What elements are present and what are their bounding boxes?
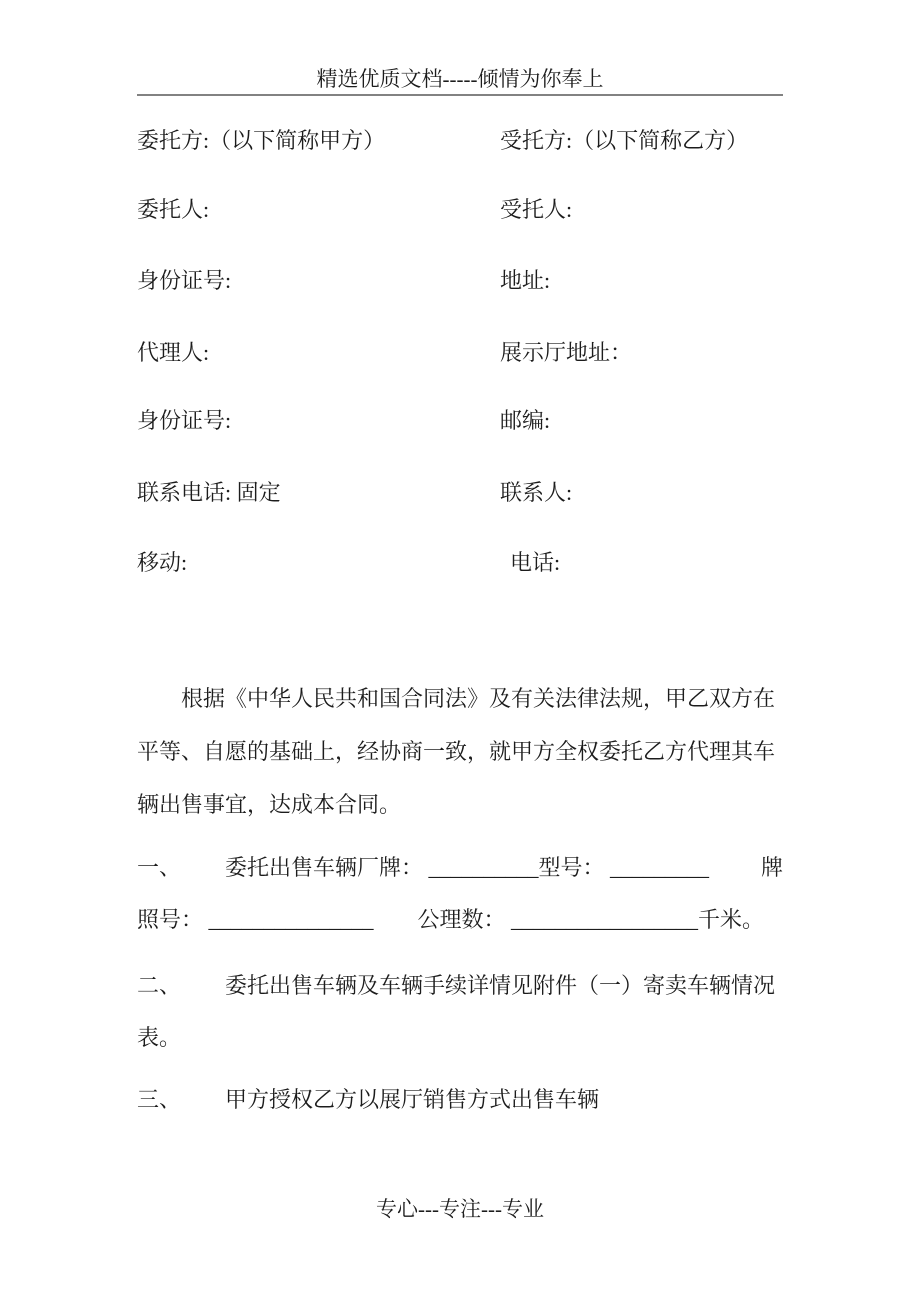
label-telephone: 电话:: [510, 550, 560, 576]
page-header-note: 精选优质文档-----倾情为你奉上: [137, 67, 783, 91]
label-consignee: 受托方:（以下简称乙方）: [500, 128, 748, 154]
party-row-id-address: 身份证号: 地址:: [137, 268, 783, 294]
party-row-mobile-tel: 移动: 电话:: [137, 550, 783, 576]
intro-paragraph-line-1: 根据《中华人民共和国合同法》及有关法律法规，甲乙双方在: [137, 686, 827, 712]
clause-2-number: 二、: [137, 973, 181, 999]
page-footer-note: 专心---专注---专业: [0, 1197, 920, 1221]
label-zip-code: 邮编:: [500, 408, 550, 434]
label-showroom-address: 展示厅地址：: [500, 340, 632, 366]
intro-paragraph-line-3: 辆出售事宜，达成本合同。: [137, 792, 783, 818]
clause-3-text: 甲方授权乙方以展厅销售方式出售车辆: [225, 1087, 599, 1113]
party-row-type: 委托方:（以下简称甲方） 受托方:（以下简称乙方）: [137, 128, 783, 154]
clause-1-line-break-char: 牌: [761, 855, 783, 881]
label-contact-person: 联系人:: [500, 480, 572, 506]
header-divider-line: [137, 94, 783, 96]
clause-3-number: 三、: [137, 1087, 181, 1113]
label-contact-phone-fixed: 联系电话: 固定: [137, 480, 281, 506]
party-row-id-zip: 身份证号: 邮编:: [137, 408, 783, 434]
clause-1-line-1: 一、 委托出售车辆厂牌： __________型号： _________ 牌: [137, 855, 783, 881]
label-agent-id-number: 身份证号:: [137, 408, 231, 434]
clause-1-number: 一、: [137, 855, 181, 881]
label-consignor: 委托方:（以下简称甲方）: [137, 128, 385, 154]
clause-2-text: 委托出售车辆及车辆手续详情见附件（一）寄卖车辆情况: [225, 973, 775, 999]
label-address: 地址:: [500, 268, 550, 294]
label-consignor-person: 委托人:: [137, 197, 209, 223]
label-mobile: 移动:: [137, 550, 187, 576]
clause-2-line-1: 二、 委托出售车辆及车辆手续详情见附件（一）寄卖车辆情况: [137, 973, 783, 999]
label-id-number: 身份证号:: [137, 268, 231, 294]
document-page: { "page": { "header_note": "精选优质文档-----倾…: [0, 0, 920, 1302]
clause-2-line-2: 表。: [137, 1025, 783, 1051]
party-row-person: 委托人: 受托人:: [137, 197, 783, 223]
clause-1-line-2: 照号： _______________ 公理数： _______________…: [137, 907, 783, 933]
intro-paragraph-line-2: 平等、自愿的基础上，经协商一致，就甲方全权委托乙方代理其车: [137, 739, 783, 765]
clause-3-line-1: 三、 甲方授权乙方以展厅销售方式出售车辆: [137, 1087, 783, 1113]
label-agent: 代理人:: [137, 340, 209, 366]
party-row-agent-showroom: 代理人: 展示厅地址：: [137, 340, 783, 366]
clause-1-text: 委托出售车辆厂牌： __________型号： _________: [225, 855, 709, 881]
label-consignee-person: 受托人:: [500, 197, 572, 223]
party-row-phone-contact: 联系电话: 固定 联系人:: [137, 480, 783, 506]
